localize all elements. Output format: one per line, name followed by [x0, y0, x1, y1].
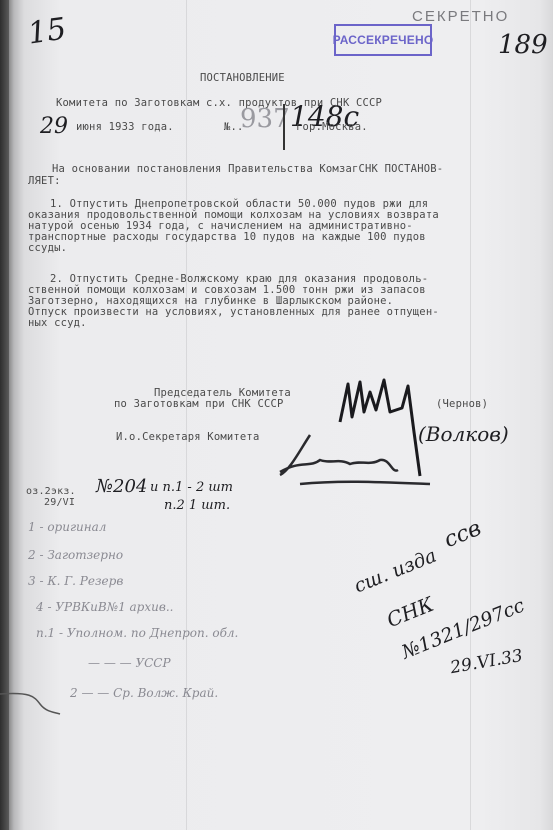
- secretary-signature: [270, 430, 440, 490]
- distribution-entry: 2 — — Ср. Волж. Край.: [70, 686, 218, 700]
- distribution-number: №204: [96, 476, 147, 497]
- distribution-copies: оз.2экз.: [26, 486, 76, 497]
- item1-line: ссуды.: [28, 243, 67, 254]
- date-text: июня 1933 года.: [76, 122, 174, 133]
- document-title: ПОСТАНОВЛЕНИЕ: [200, 73, 285, 84]
- distribution-entry: — — — УССР: [88, 656, 171, 670]
- item1-line: транспортные расходы государства 10 пудо…: [28, 232, 426, 243]
- sheet-number-left: 15: [26, 12, 69, 52]
- page-crease: [186, 0, 187, 830]
- distribution-entry: 1 - оригинал: [28, 520, 106, 534]
- annotation-line: ссв: [441, 516, 485, 553]
- distribution-entry: 2 - Заготзерно: [28, 548, 123, 562]
- distribution-date: 29/VI: [44, 497, 75, 508]
- classification-mark: СЕКРЕТНО: [412, 8, 509, 25]
- sheet-number-right: 189: [498, 30, 548, 60]
- preamble-line: ЛЯЕТ:: [28, 176, 61, 187]
- item2-line: Отпуск произвести на условиях, установле…: [28, 307, 439, 318]
- pencil-bracket: [0, 686, 70, 716]
- distribution-entry: 3 - К. Г. Резерв: [28, 574, 123, 588]
- declassified-stamp: РАССЕКРЕЧЕНО: [334, 24, 432, 56]
- annotation-line: 29.VI.33: [449, 646, 524, 678]
- item2-line: ных ссуд.: [28, 318, 87, 329]
- distribution-entry: п.1 - Уполном. по Днепроп. обл.: [36, 626, 238, 640]
- number-divider: [283, 104, 285, 150]
- document-page: 15 СЕКРЕТНО РАССЕКРЕЧЕНО 189 ПОСТАНОВЛЕН…: [0, 0, 553, 830]
- annotation-line: сш. изда: [351, 545, 440, 598]
- annotation-line: СНК: [383, 592, 437, 632]
- preamble-line: На основании постановления Правительства…: [52, 164, 443, 175]
- distribution-entry: 4 - УРВКиВ№1 архив..: [36, 600, 173, 614]
- copies-line: и п.1 - 2 шт: [150, 480, 233, 495]
- page-crease: [470, 0, 471, 830]
- secretary-title: И.о.Секретаря Комитета: [116, 432, 259, 443]
- place-text: гор.Москва.: [296, 122, 368, 133]
- copies-line: п.2 1 шт.: [164, 498, 230, 513]
- date-day: 29: [40, 114, 68, 139]
- chairman-title: по Заготовкам при СНК СССР: [114, 399, 284, 410]
